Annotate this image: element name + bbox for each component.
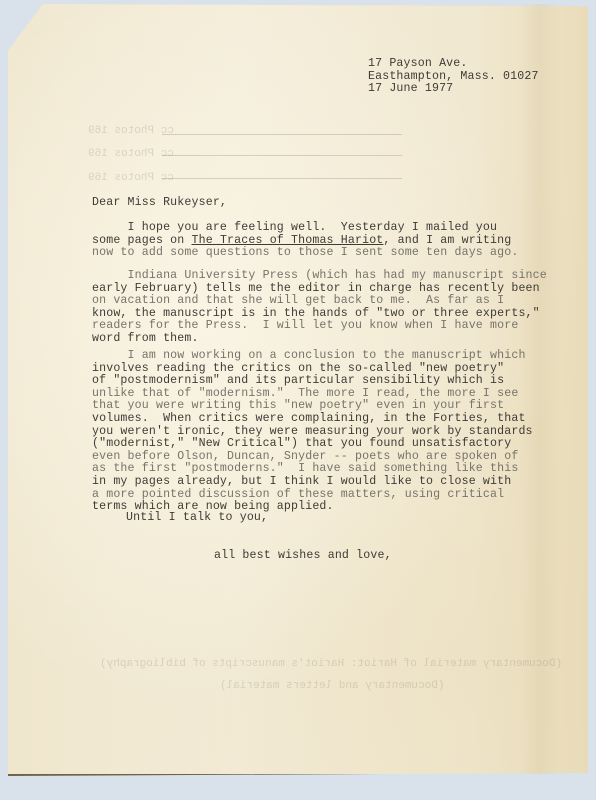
paragraph-line: word from them. [92, 333, 547, 346]
paragraph-line: of "postmodernism" and its particular se… [92, 375, 533, 388]
bleed-through-rule [162, 134, 402, 135]
bleed-through-rule [162, 155, 402, 156]
return-address: 17 Payson Ave.Easthampton, Mass. 0102717… [368, 58, 539, 96]
valediction: all best wishes and love, [214, 550, 392, 563]
paragraph-line: I am now working on a conclusion to the … [92, 350, 533, 363]
salutation: Dear Miss Rukeyser, [92, 197, 227, 210]
bleed-through-line: (Documentary and letters material) [220, 680, 444, 692]
paragraph-line: in my pages already, but I think I would… [92, 476, 533, 489]
address-street: 17 Payson Ave. [368, 58, 539, 71]
paragraph-3: I am now working on a conclusion to the … [92, 350, 533, 514]
bleed-through-line: cc Photos 169 [88, 148, 174, 160]
paragraph-line: now to add some questions to those I sen… [92, 247, 518, 260]
paragraph-line: ("modernist," "New Critical") that you f… [92, 438, 533, 451]
paragraph-2: Indiana University Press (which has had … [92, 270, 547, 346]
bleed-through-line: cc Photos 169 [88, 172, 174, 184]
paragraph-line: Indiana University Press (which has had … [92, 270, 547, 283]
letter-date: 17 June 1977 [368, 83, 539, 96]
bleed-through-rule [162, 178, 402, 179]
book-title: The Traces of Thomas Hariot [192, 234, 384, 247]
paragraph-1: I hope you are feeling well. Yesterday I… [92, 222, 518, 260]
bleed-through-line: (Documentary material of Hariot: Hariot'… [100, 658, 562, 670]
line-segment: some pages on [92, 234, 192, 247]
paragraph-line: on vacation and that she will get back t… [92, 295, 547, 308]
paragraph-line: volumes. When critics were complaining, … [92, 413, 533, 426]
closing-line: Until I talk to you, [126, 512, 268, 525]
line-segment: , and I am writing [383, 234, 511, 247]
bleed-through-line: cc Photos 169 [88, 125, 174, 137]
